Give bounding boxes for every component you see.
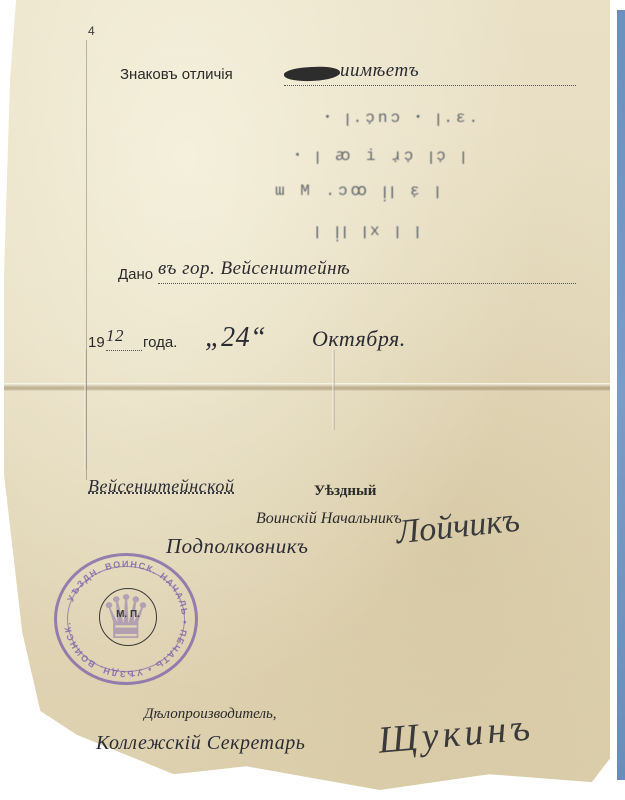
decorations-label: Знаковъ отличія bbox=[120, 66, 233, 83]
faded-offset-ink: ꞏ ꞁ.ɔ̣nɔ ꞏ ꞁ.ɛ. ꞏ ꞁ ꜵ i ɹ̣ɔ̣ ꞁɔ̣ ꞁ ɯ M .… bbox=[285, 95, 585, 260]
office-title: Воинскій Начальникъ bbox=[256, 510, 402, 528]
margin-line bbox=[86, 40, 87, 480]
date-day: „24“ bbox=[205, 322, 266, 354]
year-label: года. bbox=[143, 334, 177, 351]
clerk-rank-handwritten: Коллежскій Секретарь bbox=[96, 732, 305, 755]
official-stamp: УѢЗДН. ВОИНСК. НАЧАЛЬ • ПЕЧАТЬ • УѢЗДН. … bbox=[54, 553, 198, 685]
issued-value: въ гор. Вейсенштейнѣ bbox=[158, 258, 350, 280]
decorations-value: иимѣетъ bbox=[340, 60, 419, 82]
district-handwritten: Вейсенштейнской bbox=[88, 476, 234, 497]
stamp-center-circle: М. П. bbox=[99, 588, 157, 646]
year-underline bbox=[106, 350, 142, 351]
district-label: Уѣздный bbox=[314, 483, 376, 500]
year-handwritten: 12 bbox=[106, 326, 124, 346]
vertical-fold bbox=[332, 350, 335, 430]
backing-edge bbox=[617, 10, 625, 780]
issued-label: Дано bbox=[118, 266, 153, 283]
stamp-center-label: М. П. bbox=[100, 609, 156, 620]
horizontal-fold bbox=[4, 383, 610, 391]
date-month: Октября. bbox=[312, 326, 406, 352]
clerk-title: Дѣлопроизводитель, bbox=[144, 706, 277, 723]
issued-underline bbox=[158, 283, 576, 284]
year-prefix: 19 bbox=[88, 334, 105, 351]
decorations-underline bbox=[284, 85, 576, 86]
page-number: 4 bbox=[88, 24, 95, 38]
